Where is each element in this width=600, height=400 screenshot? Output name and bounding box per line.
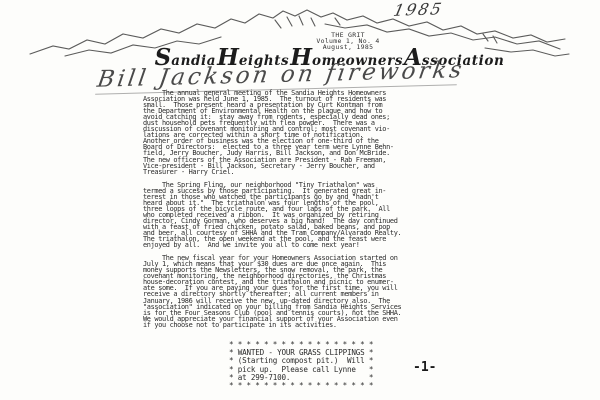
body-paragraph: The annual general meeting of the Sandia… xyxy=(143,90,443,175)
handwritten-year-annotation: 1985 xyxy=(392,0,445,20)
newsletter-page: 1985 THE GRIT Volume 1, No. 4 August, 19… xyxy=(0,0,600,400)
wanted-notice-box: * * * * * * * * * * * * * * * * * * WANT… xyxy=(229,341,373,390)
page-number: -1- xyxy=(413,360,436,375)
body-paragraph: The Spring Fling, our neighborhood "Tiny… xyxy=(143,182,443,249)
body-paragraph: The new fiscal year for your Homeowners … xyxy=(143,255,443,328)
newsletter-body: The annual general meeting of the Sandia… xyxy=(143,90,443,335)
